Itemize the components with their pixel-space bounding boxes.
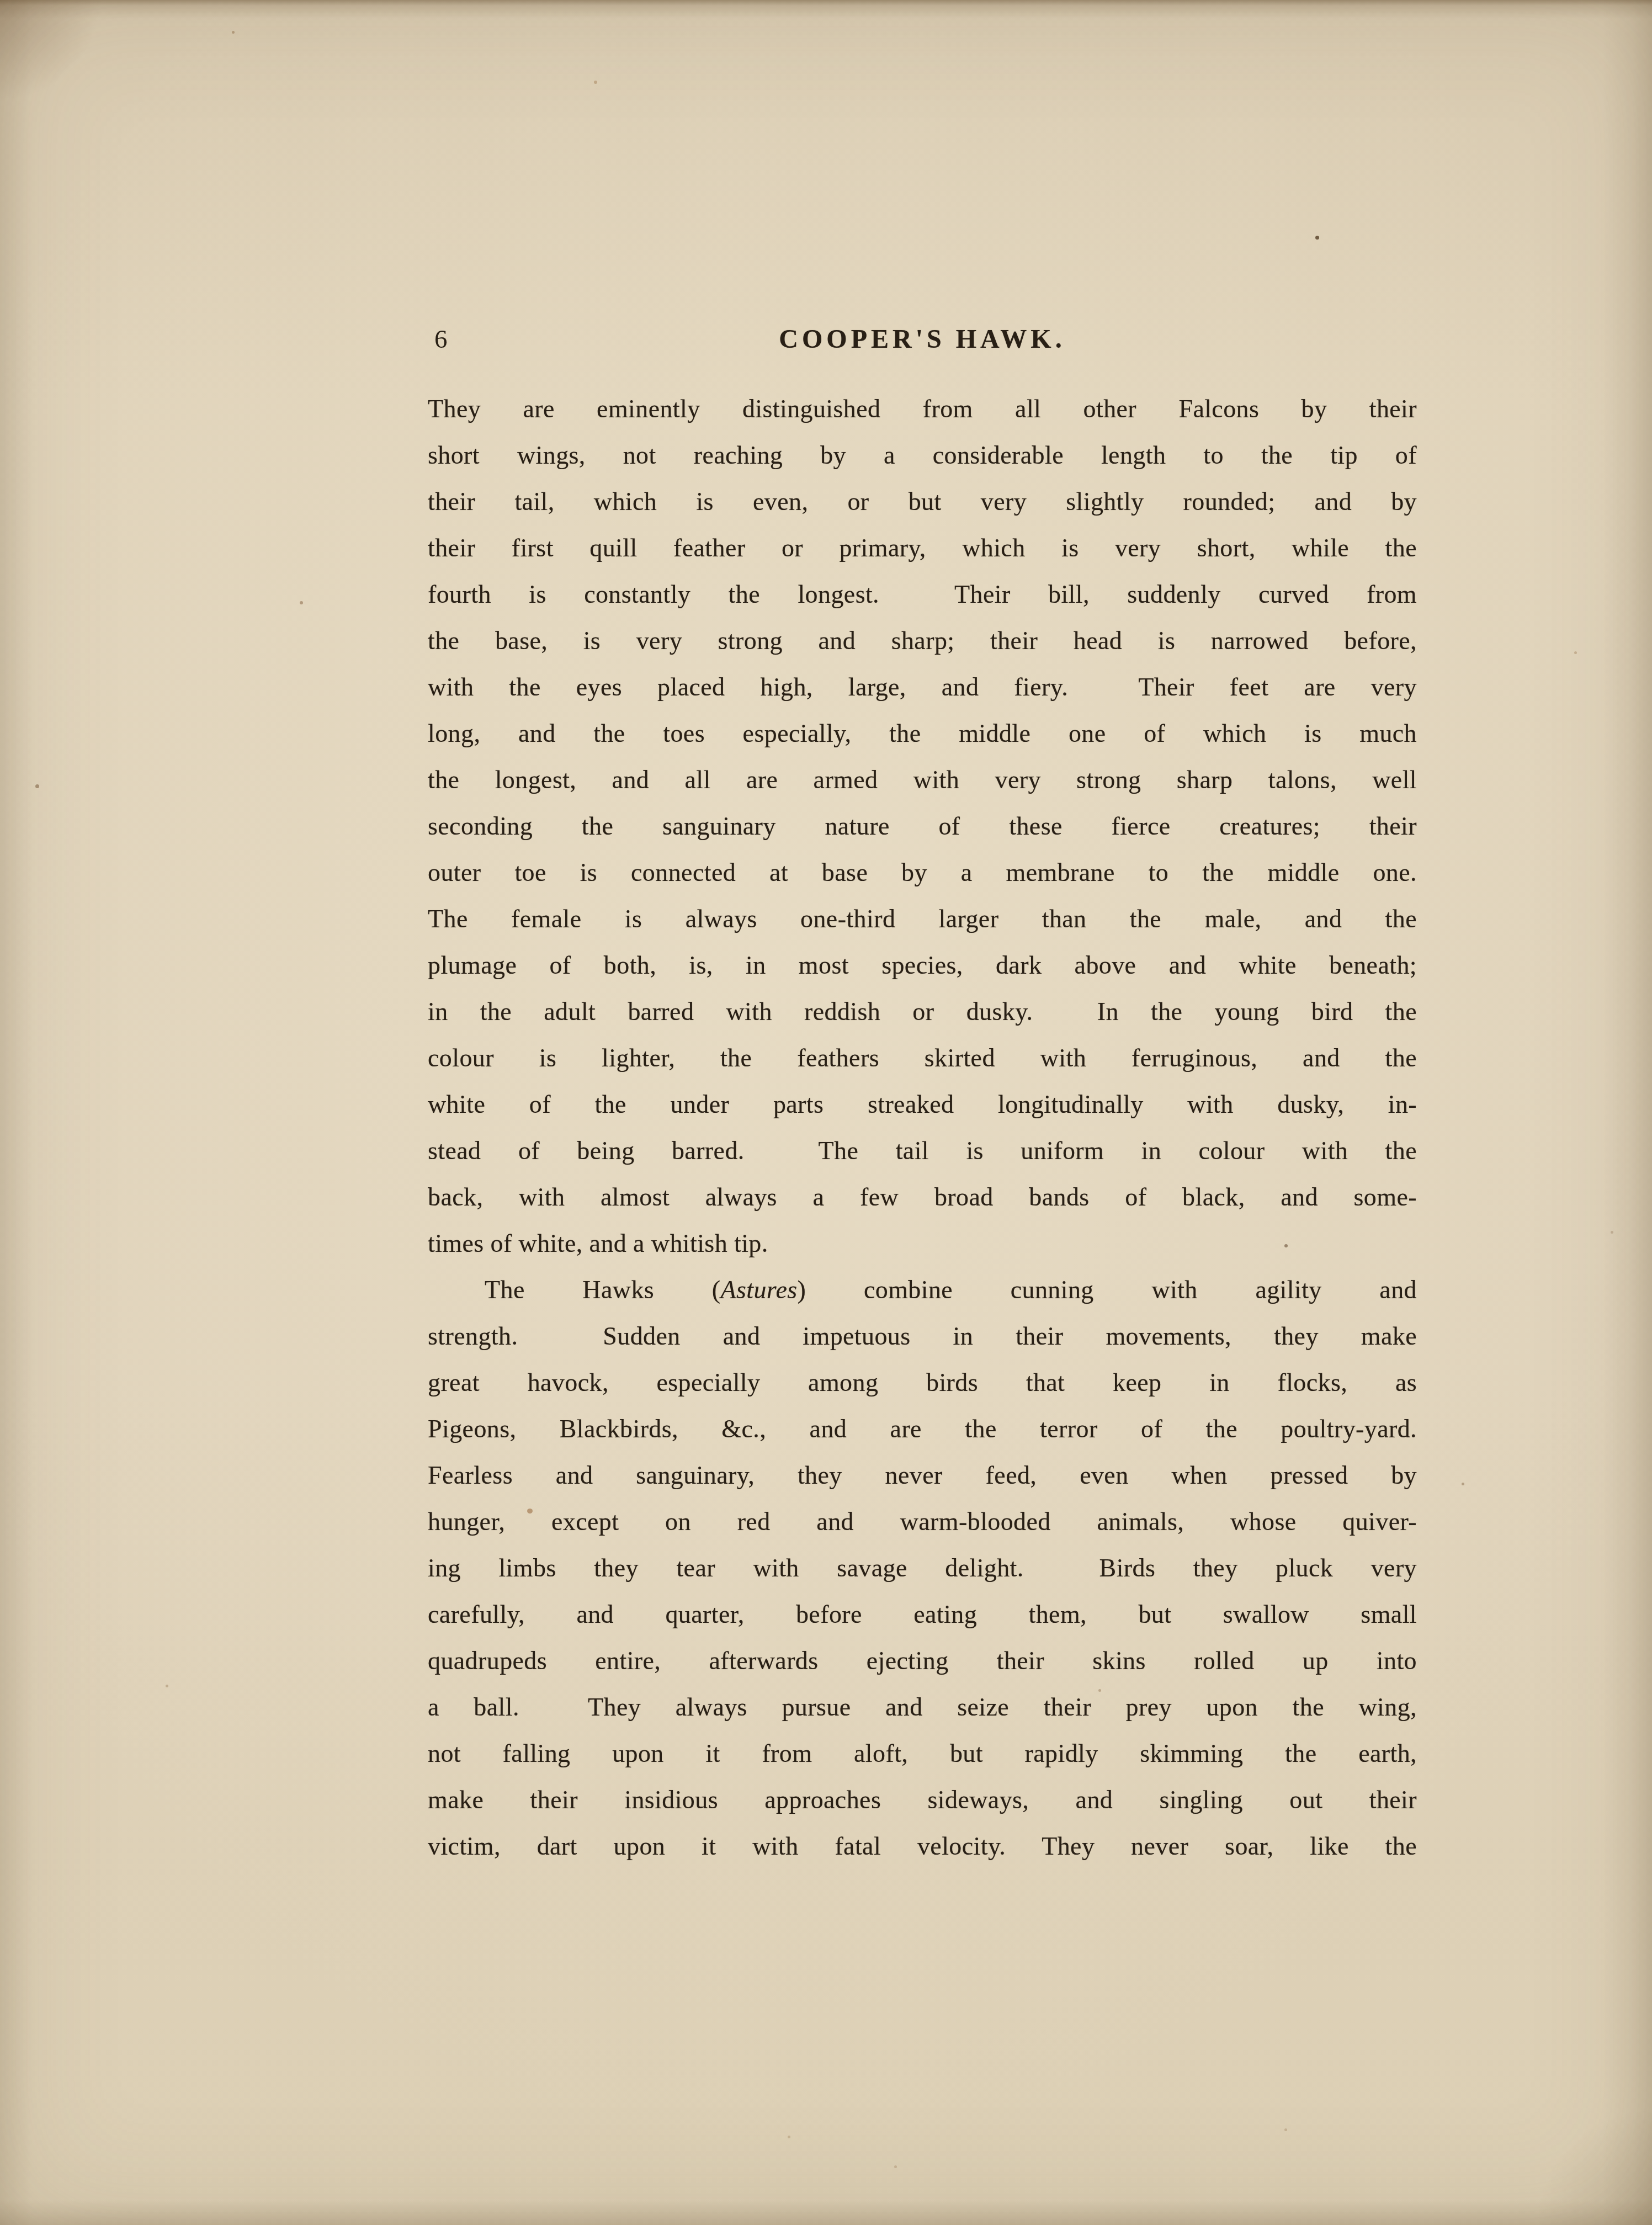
text-line: plumage of both, is, in most species, da… xyxy=(428,942,1417,989)
text-line: short wings, not reaching by a considera… xyxy=(428,432,1417,479)
text-line: fourth is constantly the longest. Their … xyxy=(428,571,1417,618)
body-text: They are eminently distinguished from al… xyxy=(428,386,1417,1870)
text-line: carefully, and quarter, before eating th… xyxy=(428,1591,1417,1638)
text-line: Fearless and sanguinary, they never feed… xyxy=(428,1452,1417,1499)
book-page-scan: 6 COOPER'S HAWK. They are eminently dist… xyxy=(0,0,1652,2225)
text-line: victim, dart upon it with fatal velocity… xyxy=(428,1823,1417,1870)
foxing-speck xyxy=(594,81,597,84)
text-line: seconding the sanguinary nature of these… xyxy=(428,803,1417,849)
foxing-speck xyxy=(300,601,303,604)
foxing-speck xyxy=(894,2165,897,2168)
text-line: make their insidious approaches sideways… xyxy=(428,1777,1417,1823)
text-line: strength. Sudden and impetuous in their … xyxy=(428,1313,1417,1360)
foxing-speck xyxy=(166,1685,168,1687)
foxing-speck xyxy=(1284,2128,1287,2131)
text-line: hunger, except on red and warm-blooded a… xyxy=(428,1499,1417,1545)
text-line: long, and the toes especially, the middl… xyxy=(428,710,1417,757)
text-line: white of the under parts streaked longit… xyxy=(428,1081,1417,1128)
text-line: not falling upon it from aloft, but rapi… xyxy=(428,1730,1417,1777)
foxing-speck xyxy=(232,31,235,34)
text-line: back, with almost always a few broad ban… xyxy=(428,1174,1417,1220)
foxing-speck xyxy=(1574,651,1577,654)
text-line: outer toe is connected at base by a memb… xyxy=(428,849,1417,896)
text-line: ing limbs they tear with savage delight.… xyxy=(428,1545,1417,1591)
foxing-speck xyxy=(1315,236,1319,240)
foxing-speck xyxy=(1462,1483,1464,1485)
text-line: the longest, and all are armed with very… xyxy=(428,757,1417,803)
text-line: The female is always one-third larger th… xyxy=(428,896,1417,942)
text-line: great havock, especially among birds tha… xyxy=(428,1360,1417,1406)
page-header: 6 COOPER'S HAWK. xyxy=(428,322,1417,357)
text-line: a ball. They always pursue and seize the… xyxy=(428,1684,1417,1730)
text-line: the base, is very strong and sharp; thei… xyxy=(428,618,1417,664)
page-number: 6 xyxy=(434,322,448,357)
text-line: their first quill feather or primary, wh… xyxy=(428,525,1417,571)
running-title: COOPER'S HAWK. xyxy=(428,322,1417,357)
genus-name-italic: Astures xyxy=(720,1276,797,1304)
foxing-speck xyxy=(35,784,39,788)
text-line: in the adult barred with reddish or dusk… xyxy=(428,989,1417,1035)
text-line: times of white, and a whitish tip. xyxy=(428,1220,1417,1267)
text-line: quadrupeds entire, afterwards ejecting t… xyxy=(428,1638,1417,1684)
text-line: They are eminently distinguished from al… xyxy=(428,386,1417,432)
text-line: their tail, which is even, or but very s… xyxy=(428,479,1417,525)
text-segment: ) combine cunning with agility and xyxy=(798,1276,1417,1304)
text-line: with the eyes placed high, large, and fi… xyxy=(428,664,1417,710)
text-line: stead of being barred. The tail is unifo… xyxy=(428,1128,1417,1174)
foxing-speck xyxy=(1611,1231,1613,1234)
text-segment: The Hawks ( xyxy=(485,1276,720,1304)
text-line: colour is lighter, the feathers skirted … xyxy=(428,1035,1417,1081)
text-line: The Hawks (Astures) combine cunning with… xyxy=(428,1267,1417,1313)
text-line: Pigeons, Blackbirds, &c., and are the te… xyxy=(428,1406,1417,1452)
foxing-speck xyxy=(788,2136,790,2138)
